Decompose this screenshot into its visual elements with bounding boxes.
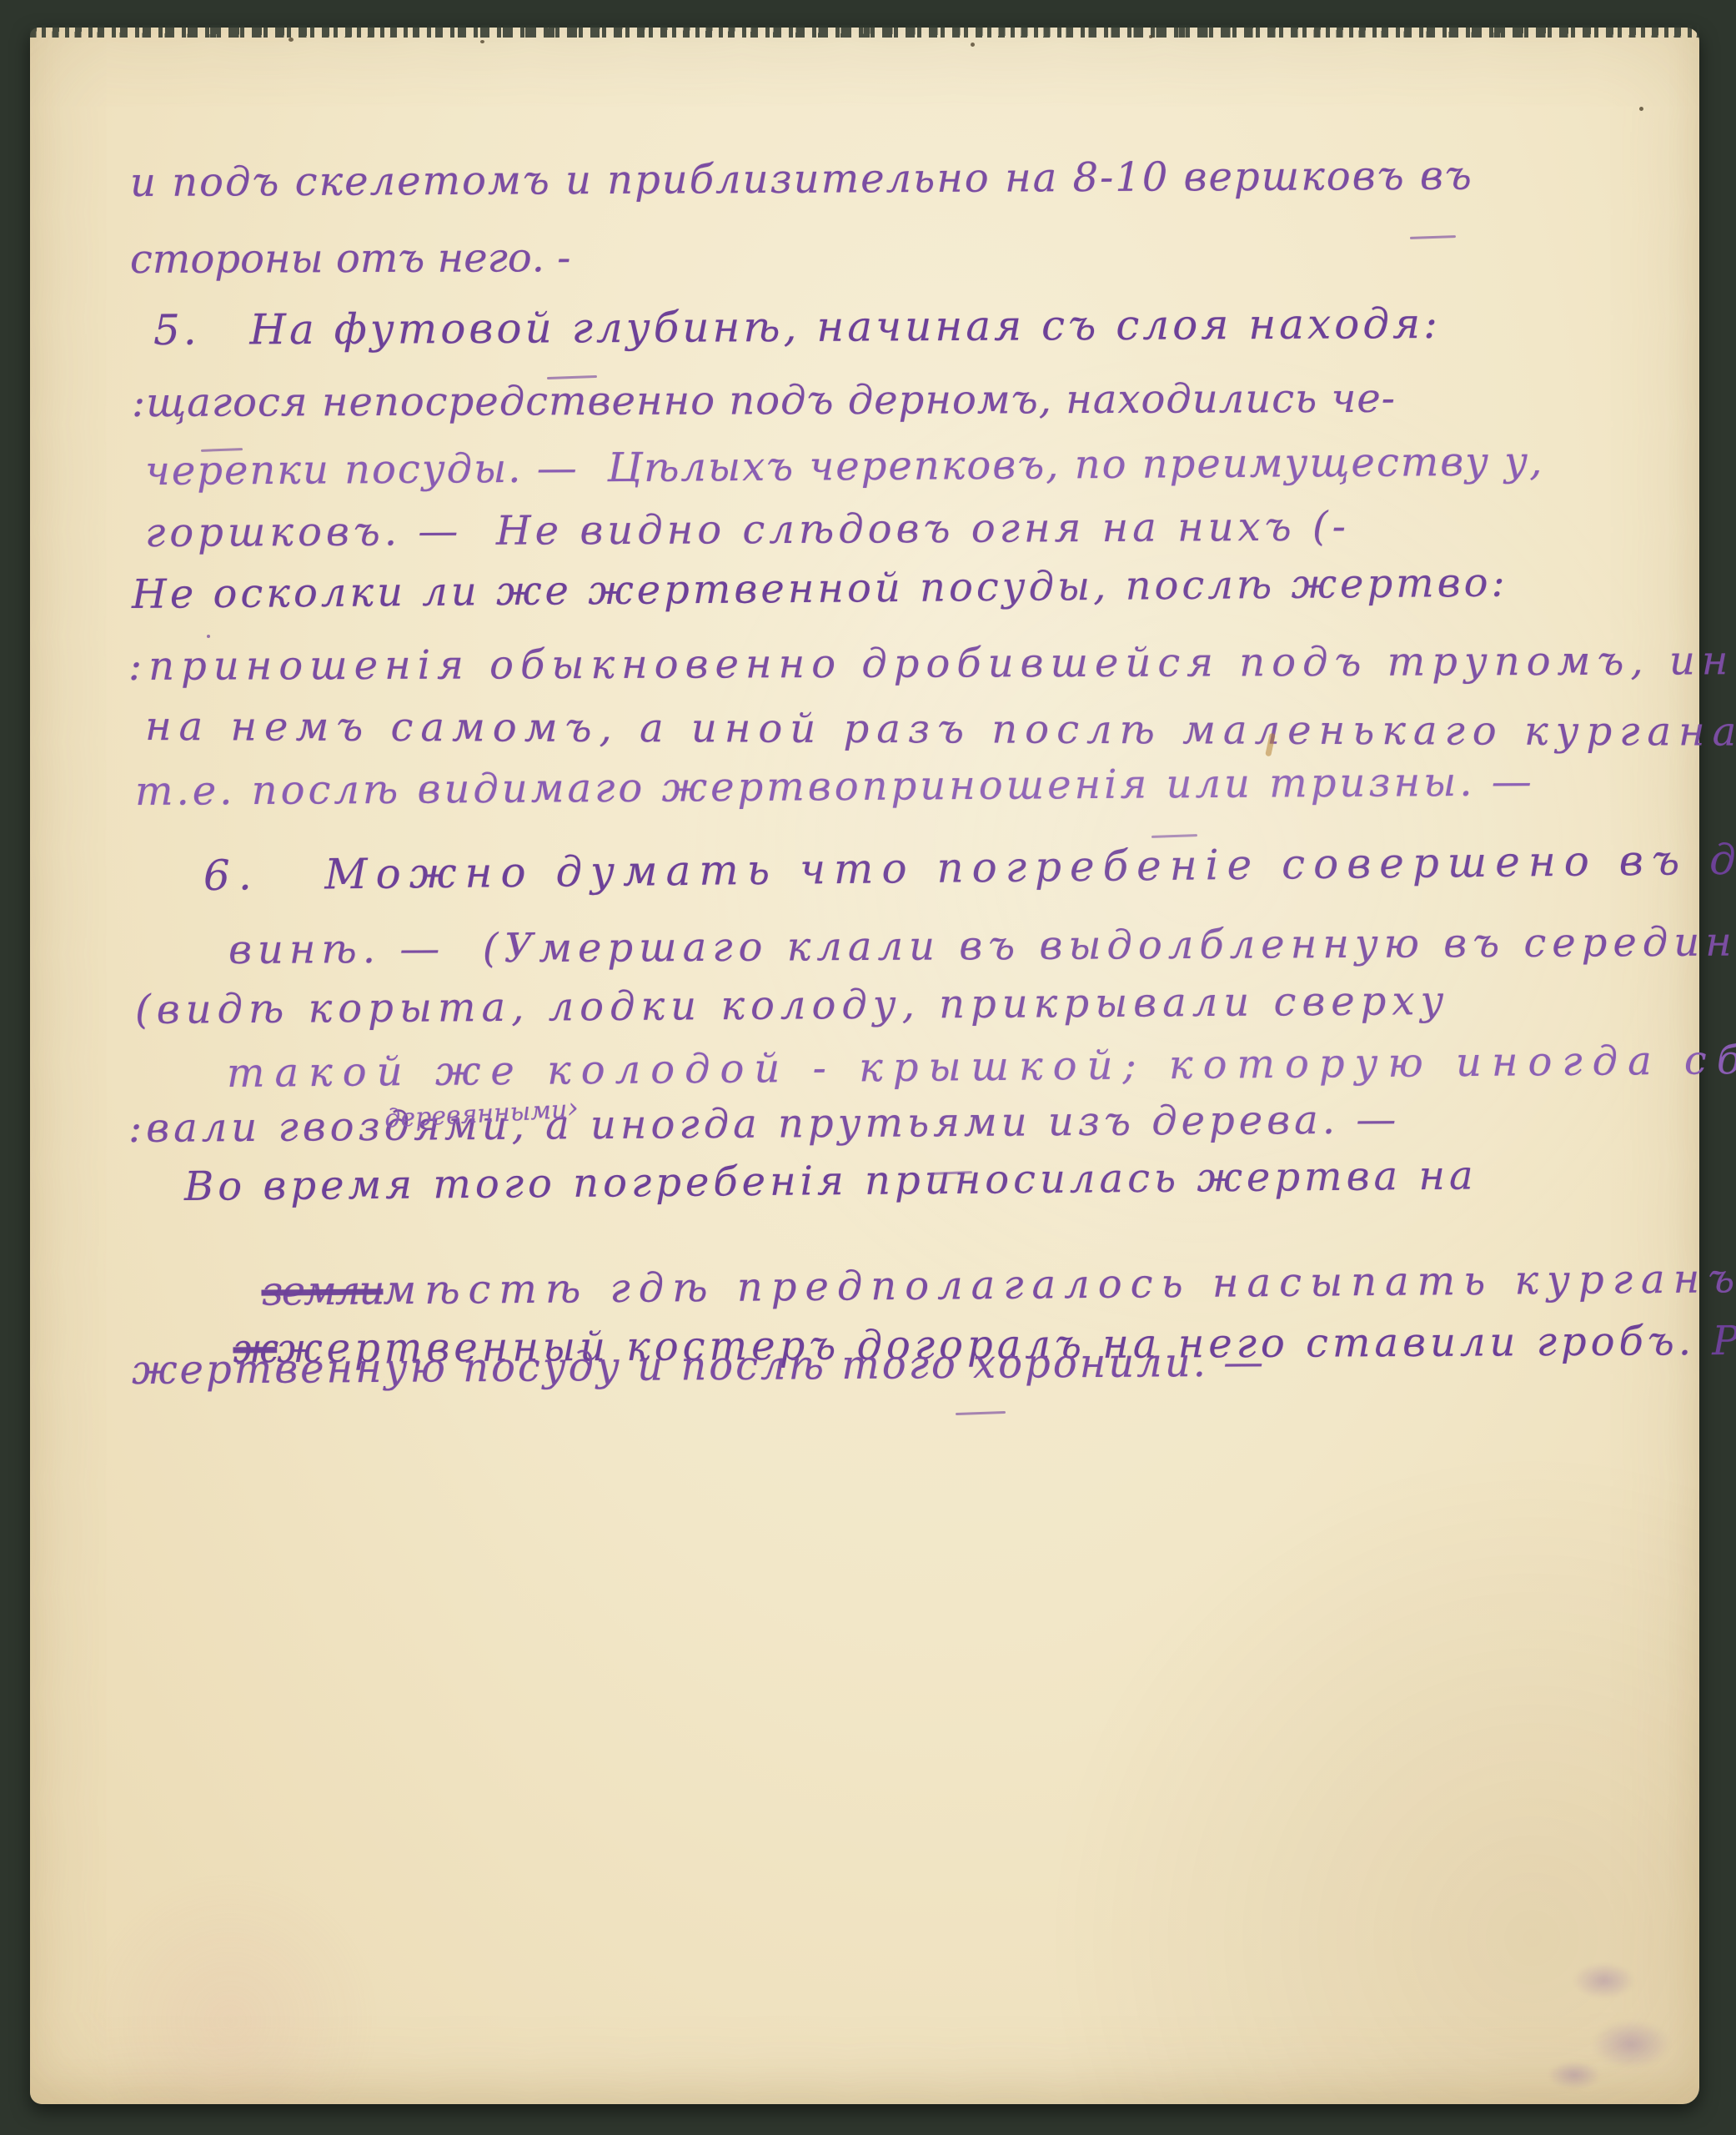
handwriting-line-10: т.е. послѣ видимаго жертвоприношенія или…	[135, 760, 1535, 814]
pen-underline	[1410, 235, 1456, 239]
handwriting-line-8: :приношенія обыкновенно дробившейся подъ…	[128, 639, 1736, 689]
ink-offset-ghost	[1548, 2061, 1601, 2089]
interlinear-insertion-text: деревянными	[384, 1095, 569, 1133]
handwriting-line-5: черепки посуды. — Цѣлыхъ черепковъ, по п…	[145, 440, 1544, 494]
ink-offset-ghost	[1591, 2019, 1671, 2069]
handwriting-line-3: 5. На футовой глубинѣ, начиная съ слоя н…	[153, 301, 1441, 354]
handwriting-line-12: винѣ. — (Умершаго клали въ выдолбленную …	[228, 920, 1736, 972]
handwriting-line-2: стороны отъ него. -	[130, 236, 571, 282]
pen-underline	[956, 1411, 1006, 1415]
foxing-spot	[971, 43, 975, 47]
handwriting-line-13: (видѣ корыта, лодки колоду, прикрывали с…	[135, 979, 1450, 1032]
handwriting-line-16: Во время того погребенія приносилась жер…	[184, 1153, 1478, 1208]
handwriting-line-4: :щагося непосредственно подъ дерномъ, на…	[132, 377, 1396, 425]
manuscript-backdrop: и подъ скелетомъ и приблизительно на 8-1…	[0, 0, 1736, 2135]
ink-offset-ghost	[1573, 1962, 1636, 1999]
foxing-spot	[288, 38, 294, 42]
foxing-spot	[207, 635, 210, 638]
interlinear-insertion: деревянными›	[334, 1062, 580, 1166]
handwriting-line-7: Не осколки ли же жертвенной посуды, посл…	[132, 561, 1508, 617]
manuscript-page: и подъ скелетомъ и приблизительно на 8-1…	[30, 28, 1699, 2104]
handwriting-line-15: :вали гвоздями, а иногда прутьями изъ де…	[128, 1098, 1401, 1150]
insertion-arrow-icon: ›	[566, 1091, 580, 1125]
handwriting-line-6: горшковъ. — Не видно слѣдовъ огня на них…	[145, 505, 1350, 555]
handwriting-line-1: и подъ скелетомъ и приблизительно на 8-1…	[130, 154, 1473, 205]
handwriting-line-19: жертвенную посуду и послѣ того хоронили.…	[132, 1341, 1267, 1393]
foxing-spot	[1149, 35, 1152, 38]
foxing-spot	[480, 40, 484, 43]
foxing-spot	[1639, 107, 1643, 111]
pen-underline	[1151, 834, 1197, 838]
handwriting-line-9: на немъ самомъ, а иной разъ послѣ малень…	[145, 705, 1736, 755]
handwriting-line-11: 6. Можно думать что погребеніе совершено…	[203, 836, 1736, 899]
